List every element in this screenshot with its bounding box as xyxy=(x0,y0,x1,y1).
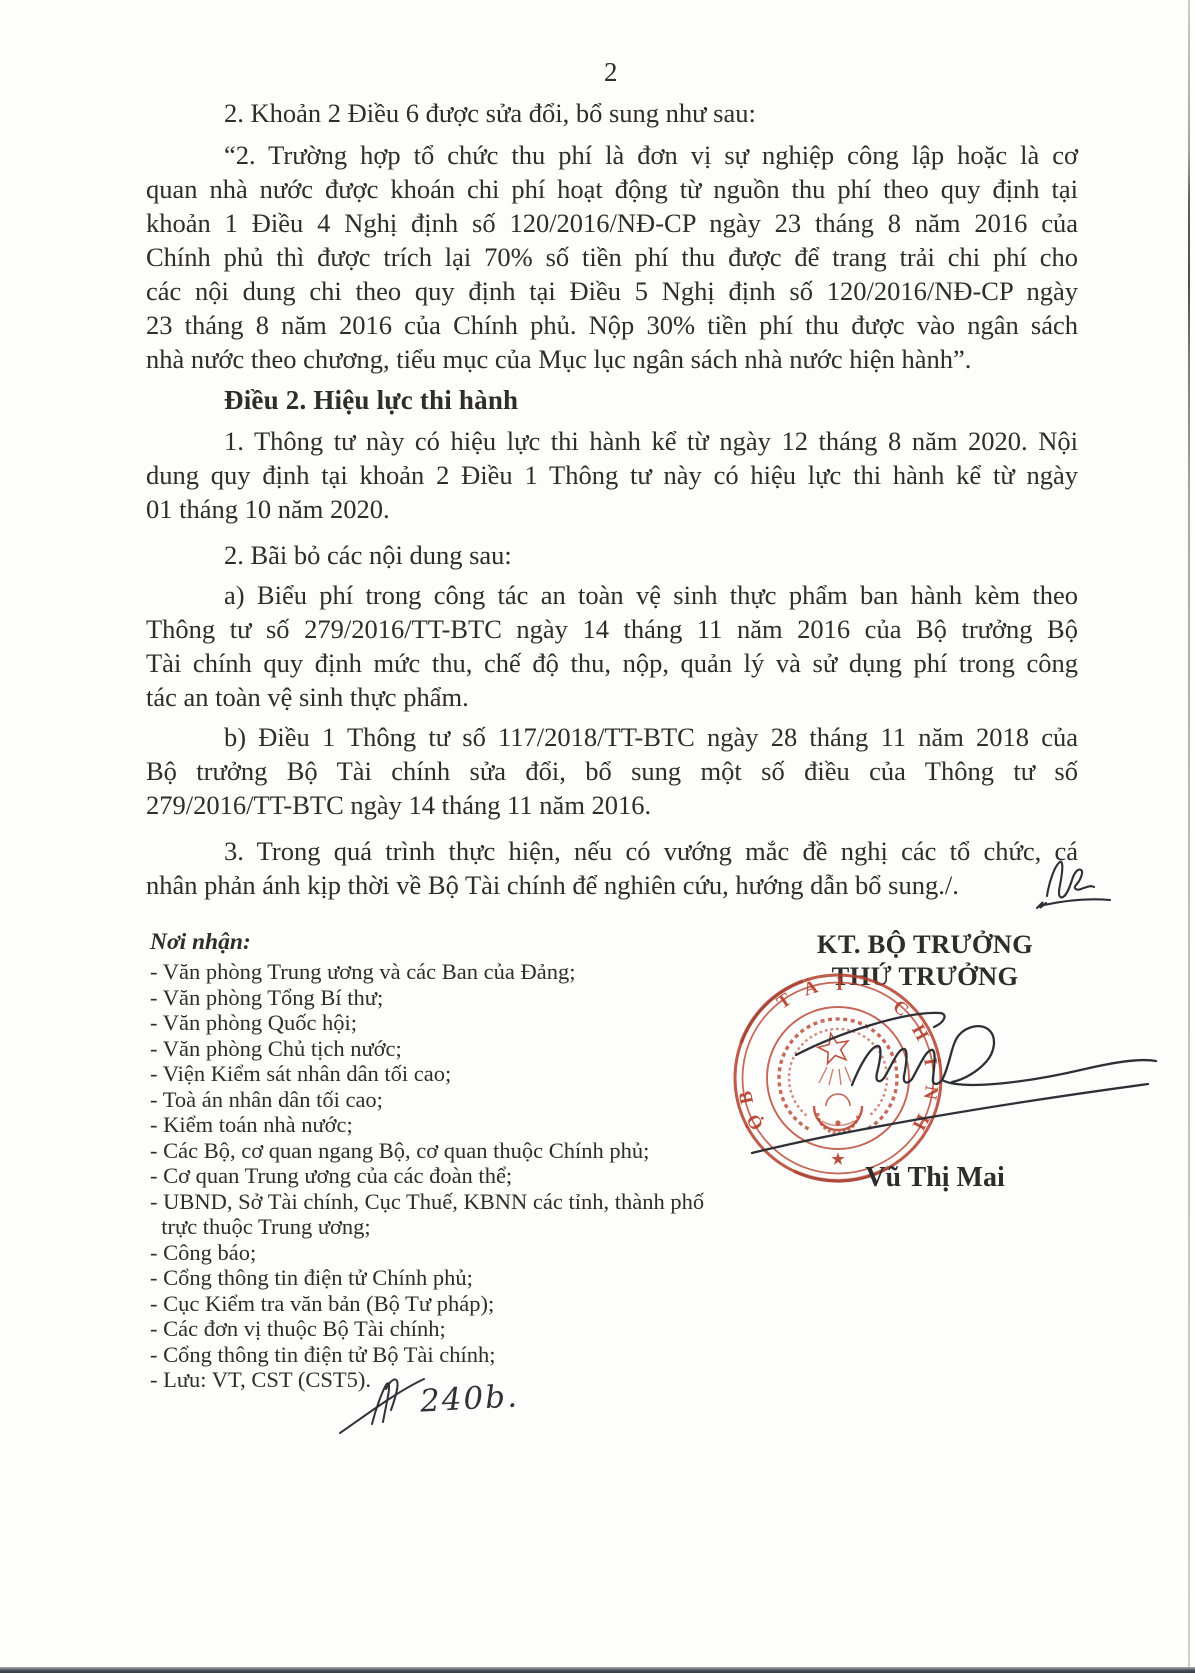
text-line: các nội dung chi theo quy định tại Điều … xyxy=(146,274,1078,308)
article-2-heading: Điều 2. Hiệu lực thi hành xyxy=(224,385,518,416)
text-line: “2. Trường hợp tổ chức thu phí là đơn vị… xyxy=(146,138,1078,172)
paragraph-abolish-intro: 2. Bãi bỏ các nội dung sau: xyxy=(146,538,1078,572)
archive-slash-mark xyxy=(336,1374,430,1436)
text-line: - Văn phòng Quốc hội; xyxy=(150,1010,770,1036)
text-line: Tài chính quy định mức thu, chế độ thu, … xyxy=(146,646,1078,680)
text-line: - Cục Kiểm tra văn bản (Bộ Tư pháp); xyxy=(150,1291,770,1317)
paragraph-implementation: 3. Trong quá trình thực hiện, nếu có vướ… xyxy=(146,834,1078,902)
initial-strokes xyxy=(1037,862,1110,908)
paragraph-amended-clause: “2. Trường hợp tổ chức thu phí là đơn vị… xyxy=(146,138,1078,376)
text-line: - Kiểm toán nhà nước; xyxy=(150,1112,770,1138)
text-line: 279/2016/TT-BTC ngày 14 tháng 11 năm 201… xyxy=(146,788,1078,822)
text-line: - Cổng thông tin điện tử Chính phủ; xyxy=(150,1265,770,1291)
text-line: - Toà án nhân dân tối cao; xyxy=(150,1087,770,1113)
archive-slash-strokes xyxy=(340,1379,424,1433)
text-line: 2. Bãi bỏ các nội dung sau: xyxy=(146,538,1078,572)
scan-edge-artifact xyxy=(1188,0,1190,1673)
text-line: - Các Bộ, cơ quan ngang Bộ, cơ quan thuộ… xyxy=(150,1138,770,1164)
text-line: Bộ trưởng Bộ Tài chính sửa đổi, bổ sung … xyxy=(146,754,1078,788)
text-line: Thông tư số 279/2016/TT-BTC ngày 14 thán… xyxy=(146,612,1078,646)
text-line: - Cổng thông tin điện tử Bộ Tài chính; xyxy=(150,1342,770,1368)
text-line: 3. Trong quá trình thực hiện, nếu có vướ… xyxy=(146,834,1078,868)
signature-strokes xyxy=(752,1013,1156,1153)
text-line: nhà nước theo chương, tiểu mục của Mục l… xyxy=(146,342,1078,376)
text-line: a) Biểu phí trong công tác an toàn vệ si… xyxy=(146,578,1078,612)
page-number: 2 xyxy=(604,57,618,88)
text-line: - Văn phòng Tổng Bí thư; xyxy=(150,985,770,1011)
recipients-list: - Văn phòng Trung ương và các Ban của Đả… xyxy=(150,959,770,1393)
text-line: - Cơ quan Trung ương của các đoàn thể; xyxy=(150,1163,770,1189)
text-line: 23 tháng 8 năm 2016 của Chính phủ. Nộp 3… xyxy=(146,308,1078,342)
handwritten-initial-mark xyxy=(1032,856,1118,912)
text-line: Chính phủ thì được trích lại 70% số tiền… xyxy=(146,240,1078,274)
document-page: 2 2. Khoản 2 Điều 6 được sửa đổi, bổ sun… xyxy=(0,0,1195,1673)
text-line: - Văn phòng Chủ tịch nước; xyxy=(150,1036,770,1062)
scan-bottom-edge xyxy=(0,1667,1195,1673)
text-line: - Văn phòng Trung ương và các Ban của Đả… xyxy=(150,959,770,985)
paragraph-amendment-intro: 2. Khoản 2 Điều 6 được sửa đổi, bổ sung … xyxy=(146,96,1078,130)
text-line: - Các đơn vị thuộc Bộ Tài chính; xyxy=(150,1316,770,1342)
recipients-label: Nơi nhận: xyxy=(150,929,251,956)
paragraph-abolish-a: a) Biểu phí trong công tác an toàn vệ si… xyxy=(146,578,1078,714)
paragraph-abolish-b: b) Điều 1 Thông tư số 117/2018/TT-BTC ng… xyxy=(146,720,1078,822)
signer-name: Vũ Thị Mai xyxy=(770,1162,1100,1194)
text-line: nhân phản ánh kịp thời về Bộ Tài chính đ… xyxy=(146,868,1078,902)
archive-note: 240b. xyxy=(419,1378,520,1419)
text-line: trực thuộc Trung ương; xyxy=(150,1214,770,1240)
text-line: 2. Khoản 2 Điều 6 được sửa đổi, bổ sung … xyxy=(146,96,1078,130)
signature xyxy=(700,985,1170,1170)
text-line: tác an toàn vệ sinh thực phẩm. xyxy=(146,680,1078,714)
text-line: b) Điều 1 Thông tư số 117/2018/TT-BTC ng… xyxy=(146,720,1078,754)
text-line: 1. Thông tư này có hiệu lực thi hành kể … xyxy=(146,424,1078,458)
text-line: 01 tháng 10 năm 2020. xyxy=(146,492,1078,526)
text-line: - Công báo; xyxy=(150,1240,770,1266)
paragraph-effective-date: 1. Thông tư này có hiệu lực thi hành kể … xyxy=(146,424,1078,526)
text-line: khoản 1 Điều 4 Nghị định số 120/2016/NĐ-… xyxy=(146,206,1078,240)
text-line: - Viện Kiểm sát nhân dân tối cao; xyxy=(150,1061,770,1087)
text-line: - UBND, Sở Tài chính, Cục Thuế, KBNN các… xyxy=(150,1189,770,1215)
text-line: dung quy định tại khoản 2 Điều 1 Thông t… xyxy=(146,458,1078,492)
text-line: quan nhà nước được khoán chi phí hoạt độ… xyxy=(146,172,1078,206)
authority-title: KT. BỘ TRƯỞNG xyxy=(762,929,1088,960)
